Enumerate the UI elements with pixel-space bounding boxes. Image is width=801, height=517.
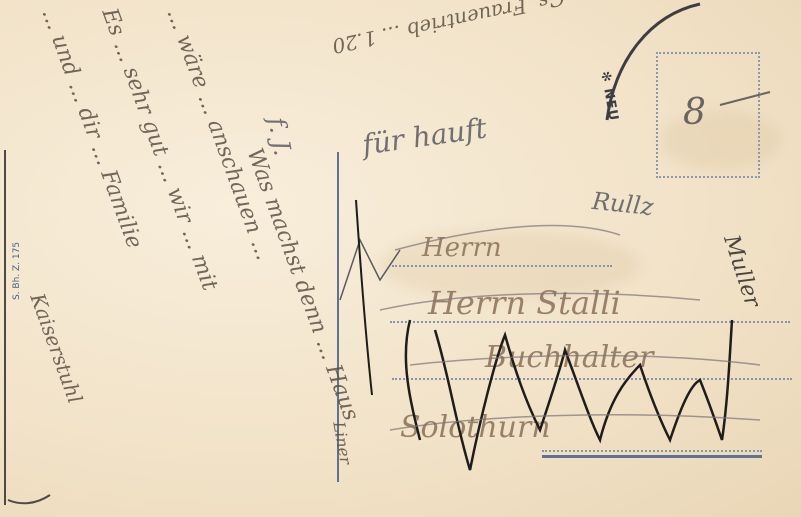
printer-mark: S. Bh. Z. 175 [12, 242, 22, 300]
address-line-4-dotted [542, 450, 762, 452]
left-signature: Kaiserstuhl [25, 290, 87, 407]
bottom-left-word: Liner [329, 420, 355, 466]
message-column-4: Was machst denn ... Haus [242, 145, 364, 424]
redirect-name-1: Rullz [591, 187, 655, 221]
postmark-label: NEU [600, 87, 621, 122]
postmark-star-icon: ✻ [597, 70, 614, 84]
vertical-ink-stroke [356, 200, 372, 395]
forwarding-note: für hauft [360, 111, 488, 161]
side-initials: f. J. [262, 115, 296, 158]
redirect-name-2: Muller [718, 232, 765, 310]
postcard-back: 8 ✻ NEU S. Bh. Z. 175 für hauft Rullz Mu… [0, 0, 801, 517]
crossed-address-4: Solothurn [400, 410, 551, 445]
top-note: Gs. Frauentrieb ... 1.20 [330, 0, 567, 58]
crossed-address-1: Herrn [422, 233, 502, 263]
postmark-text: ✻ NEU [597, 70, 621, 123]
address-line-4-solid [542, 455, 762, 458]
address-line-3 [392, 378, 792, 380]
left-margin-rule [4, 150, 6, 505]
crossed-address-2: Herrn Stalli [428, 284, 621, 322]
address-line-1 [392, 265, 612, 267]
stamp-value: 8 [683, 92, 706, 133]
stamp-box [656, 52, 760, 178]
crossed-address-3: Buchhalter [485, 340, 653, 375]
message-column-2: Es ... sehr gut ... wir ... mit [97, 5, 223, 294]
left-rule-curl [8, 495, 50, 503]
